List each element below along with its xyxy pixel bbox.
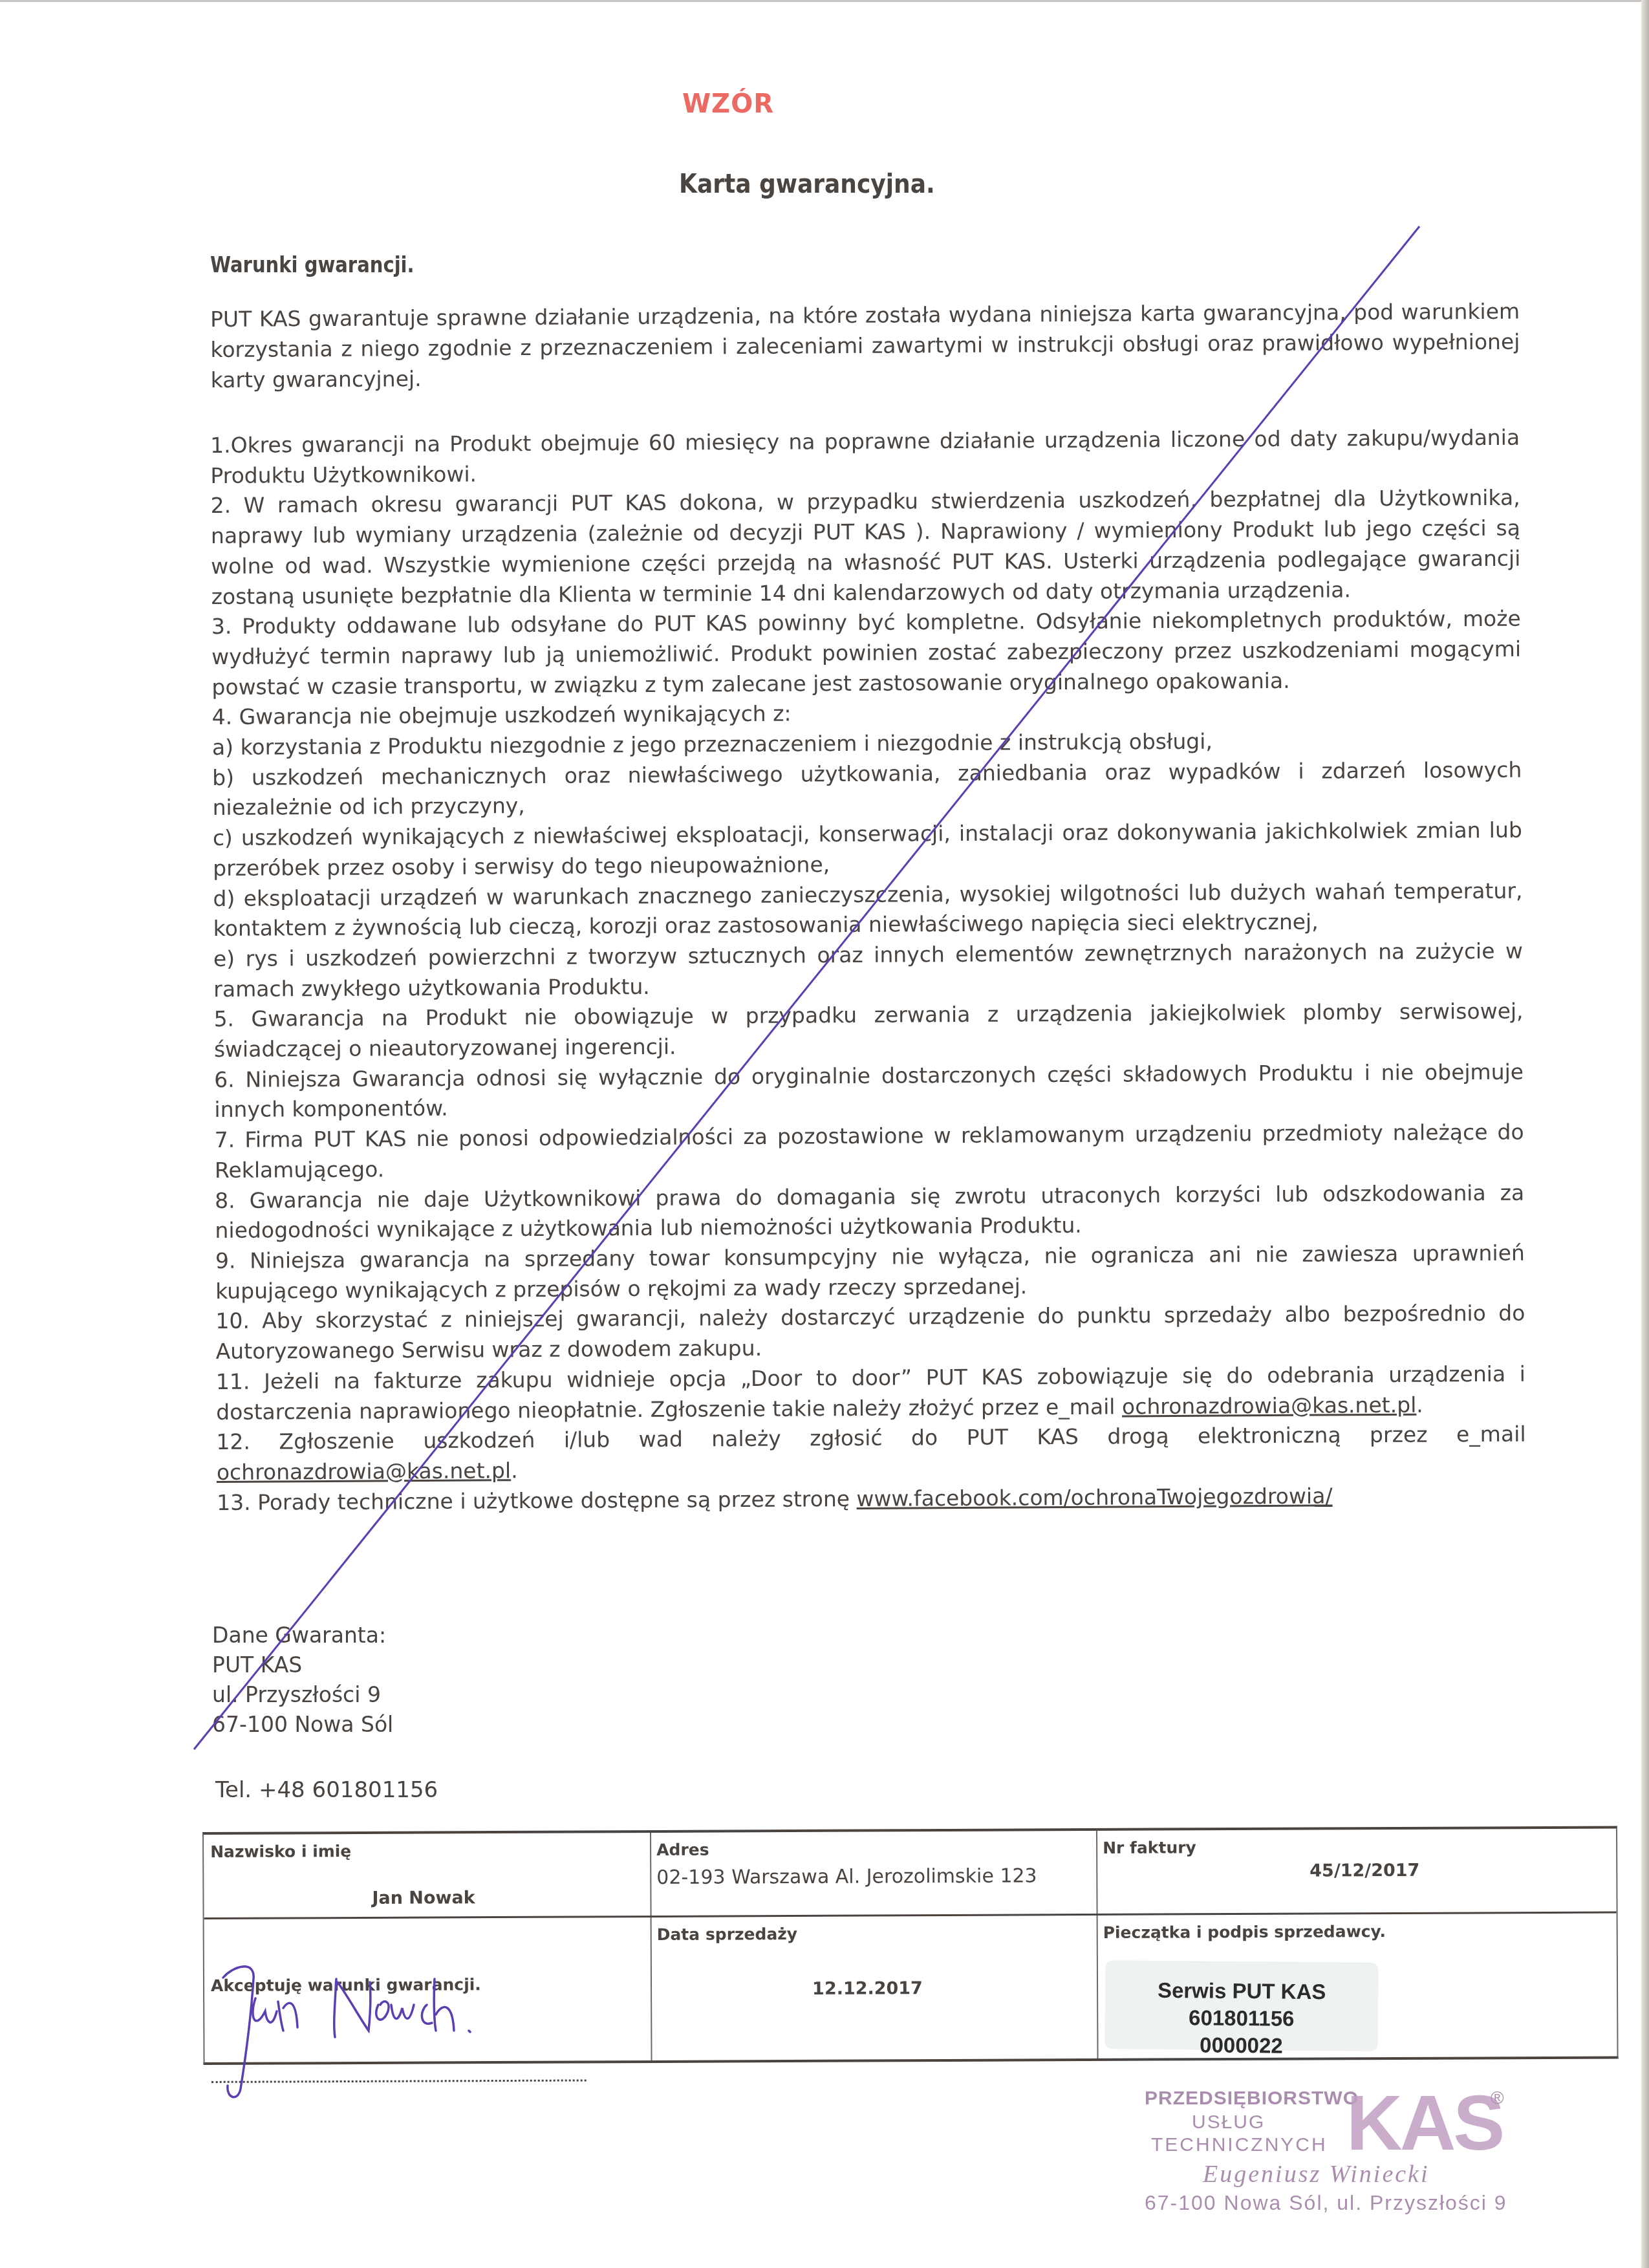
guarantor-name: PUT KAS <box>212 1650 393 1680</box>
stamp-line-3: TECHNICZNYCH <box>1151 2134 1328 2156</box>
stamp-line-1: PRZEDSIĘBIORSTWO <box>1145 2088 1359 2110</box>
invoice-value: 45/12/2017 <box>1309 1861 1419 1881</box>
address-label: Adres <box>656 1841 709 1859</box>
term-subitem: e) rys i uszkodzeń powierzchni z tworzyw… <box>213 936 1524 1005</box>
sticker-line-2: 0000022 <box>1105 2031 1377 2060</box>
term-item: 9. Niniejsza gwarancja na sprzedany towa… <box>215 1238 1525 1307</box>
accept-label: Akceptuję warunki gwarancji. <box>211 1975 481 1995</box>
signature-line <box>211 2079 587 2083</box>
term-12-text: 12. Zgłoszenie uszkodzeń i/lub wad należ… <box>216 1421 1525 1454</box>
stamp-address: 67-100 Nowa Sól, ul. Przyszłości 9 <box>1145 2191 1507 2215</box>
address-value: 02-193 Warszawa Al. Jerozolimskie 123 <box>656 1864 1037 1889</box>
term-12-end: . <box>511 1458 518 1483</box>
term-item: 7. Firma PUT KAS nie ponosi odpowiedzial… <box>215 1118 1525 1186</box>
sale-date-label: Data sprzedaży <box>657 1925 797 1944</box>
term-item-12: 12. Zgłoszenie uszkodzeń i/lub wad należ… <box>216 1420 1526 1488</box>
registered-mark-icon: ® <box>1491 2088 1504 2108</box>
cell-name[interactable]: Nazwisko i imię Jan Nowak <box>204 1833 651 1917</box>
term-subitem: c) uszkodzeń wynikających z niewłaściwej… <box>213 815 1523 884</box>
term-item: 1.Okres gwarancji na Produkt obejmuje 60… <box>210 423 1520 491</box>
seller-stamp-label: Pieczątka i podpis sprzedawcy. <box>1103 1922 1386 1942</box>
facebook-link[interactable]: www.facebook.com/ochronaTwojegozdrowia/ <box>856 1483 1332 1511</box>
invoice-label: Nr faktury <box>1103 1838 1196 1857</box>
watermark-label: WZÓR <box>682 89 774 119</box>
kas-logo: KAS <box>1346 2088 1502 2159</box>
term-item: 2. W ramach okresu gwarancji PUT KAS dok… <box>211 483 1521 612</box>
guarantor-city: 67-100 Nowa Sól <box>212 1710 393 1740</box>
term-item: 6. Niniejsza Gwarancja odnosi się wyłącz… <box>214 1057 1524 1125</box>
name-label: Nazwisko i imię <box>210 1842 351 1861</box>
sale-date-value: 12.12.2017 <box>812 1978 923 1999</box>
cell-sale-date[interactable]: Data sprzedaży 12.12.2017 <box>651 1916 1097 2063</box>
guarantor-street: ul. Przyszłości 9 <box>212 1680 393 1710</box>
intro-text: PUT KAS gwarantuje sprawne działanie urz… <box>210 296 1520 395</box>
term-item: 3. Produkty oddawane lub odsyłane do PUT… <box>211 604 1522 702</box>
term-subitem: b) uszkodzeń mechanicznych oraz niewłaśc… <box>212 755 1522 823</box>
guarantor-details: Dane Gwaranta: PUT KAS ul. Przyszłości 9… <box>212 1621 393 1740</box>
cell-invoice[interactable]: Nr faktury 45/12/2017 <box>1096 1828 1619 1914</box>
term-item: 10. Aby skorzystać z niniejszej gwarancj… <box>215 1299 1525 1367</box>
term-item-11: 11. Jeżeli na fakturze zakupu widnieje o… <box>216 1359 1526 1427</box>
guarantor-phone: Tel. +48 601801156 <box>215 1777 438 1803</box>
cell-address[interactable]: Adres 02-193 Warszawa Al. Jerozolimskie … <box>650 1831 1097 1916</box>
term-13-text: 13. Porady techniczne i użytkowe dostępn… <box>217 1486 850 1515</box>
warranty-form-table: Nazwisko i imię Jan Nowak Adres 02-193 W… <box>202 1826 1619 2065</box>
term-item: 5. Gwarancja na Produkt nie obowiązuje w… <box>213 997 1524 1065</box>
guarantor-heading: Dane Gwaranta: <box>212 1621 393 1650</box>
sticker-line-1: Serwis PUT KAS 601801156 <box>1106 1976 1378 2033</box>
warranty-card-page: WZÓR Karta gwarancyjna. Warunki gwarancj… <box>0 0 1649 2268</box>
term-item: 8. Gwarancja nie daje Użytkownikowi praw… <box>215 1178 1525 1246</box>
term-11-end: . <box>1416 1392 1423 1417</box>
stamp-line-2: USŁUG <box>1192 2111 1265 2133</box>
stamp-owner: Eugeniusz Winiecki <box>1203 2160 1430 2188</box>
email-link[interactable]: ochronazdrowia@kas.net.pl <box>217 1458 512 1485</box>
intro-paragraph: PUT KAS gwarantuje sprawne działanie urz… <box>210 296 1520 395</box>
scan-top-edge <box>0 0 1649 2</box>
service-sticker: Serwis PUT KAS 601801156 0000022 <box>1105 1961 1377 2051</box>
page-title: Karta gwarancyjna. <box>679 169 935 199</box>
warranty-terms-list: 1.Okres gwarancji na Produkt obejmuje 60… <box>210 423 1526 1518</box>
email-link[interactable]: ochronazdrowia@kas.net.pl <box>1122 1392 1417 1419</box>
scan-right-edge <box>1641 0 1649 2268</box>
name-value: Jan Nowak <box>372 1888 475 1908</box>
company-stamp: PRZEDSIĘBIORSTWO USŁUG TECHNICZNYCH KAS … <box>1145 2088 1533 2223</box>
cell-acceptance[interactable]: Akceptuję warunki gwarancji. <box>204 1917 651 2065</box>
section-heading: Warunki gwarancji. <box>210 252 415 277</box>
term-subitem: d) eksploatacji urządzeń w warunkach zna… <box>213 876 1523 944</box>
